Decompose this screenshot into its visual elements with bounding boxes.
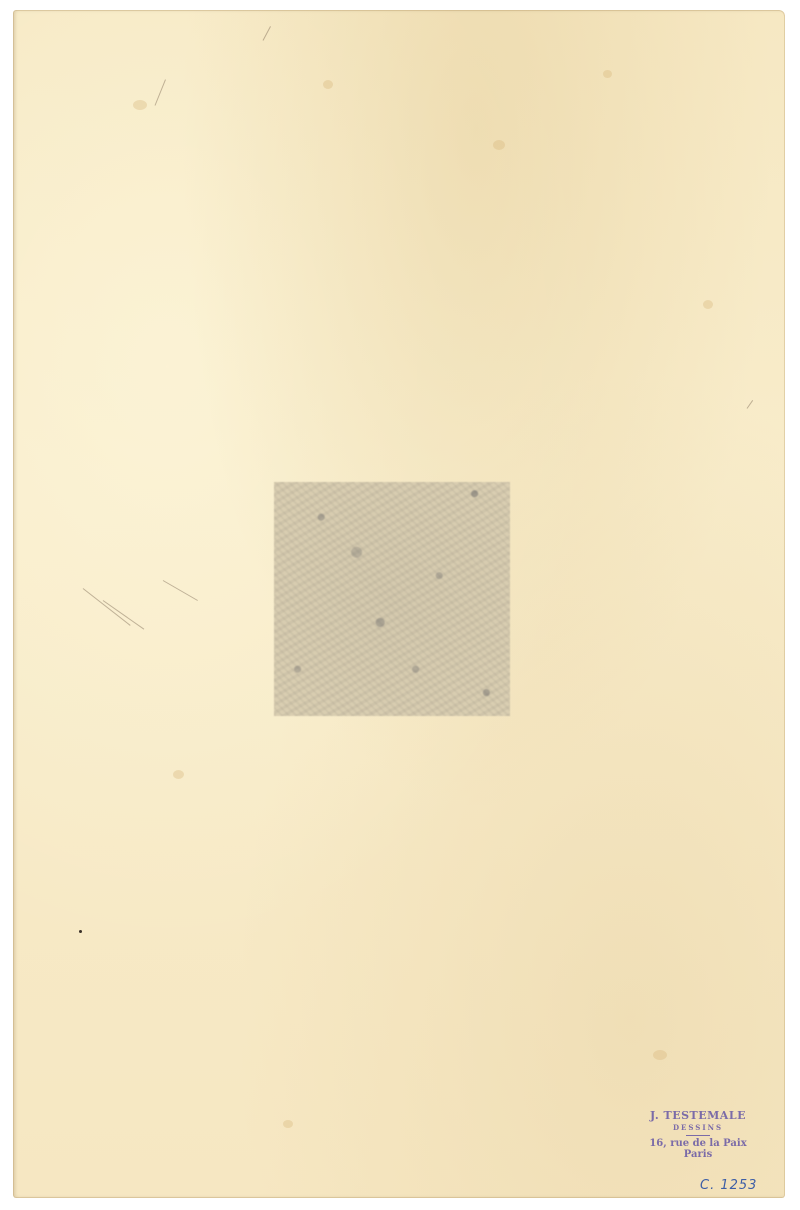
stamp-trade: DESSINS (628, 1124, 768, 1132)
scratch-mark (83, 588, 131, 626)
stamp-address: 16, rue de la Paix (628, 1138, 768, 1149)
foxing-spot (133, 100, 147, 110)
scratch-mark (263, 26, 271, 41)
stamp-divider (686, 1135, 710, 1136)
stamp-city: Paris (628, 1149, 768, 1160)
foxing-spot (323, 80, 333, 89)
offset-print-impression (274, 482, 510, 716)
foxing-spot (703, 300, 713, 309)
ink-speck (79, 930, 82, 933)
foxing-spot (493, 140, 505, 150)
foxing-spot (283, 1120, 293, 1128)
scratch-mark (103, 600, 145, 629)
dealer-stamp: J. TESTEMALE DESSINS 16, rue de la Paix … (628, 1110, 768, 1160)
foxing-spot (653, 1050, 667, 1060)
foxing-spot (173, 770, 184, 779)
foxing-spot (603, 70, 612, 78)
catalog-number: C. 1253 (700, 1178, 757, 1193)
scratch-mark (747, 400, 754, 409)
scratch-mark (155, 79, 166, 105)
stamp-name: J. TESTEMALE (628, 1110, 768, 1122)
scratch-mark (163, 580, 198, 601)
